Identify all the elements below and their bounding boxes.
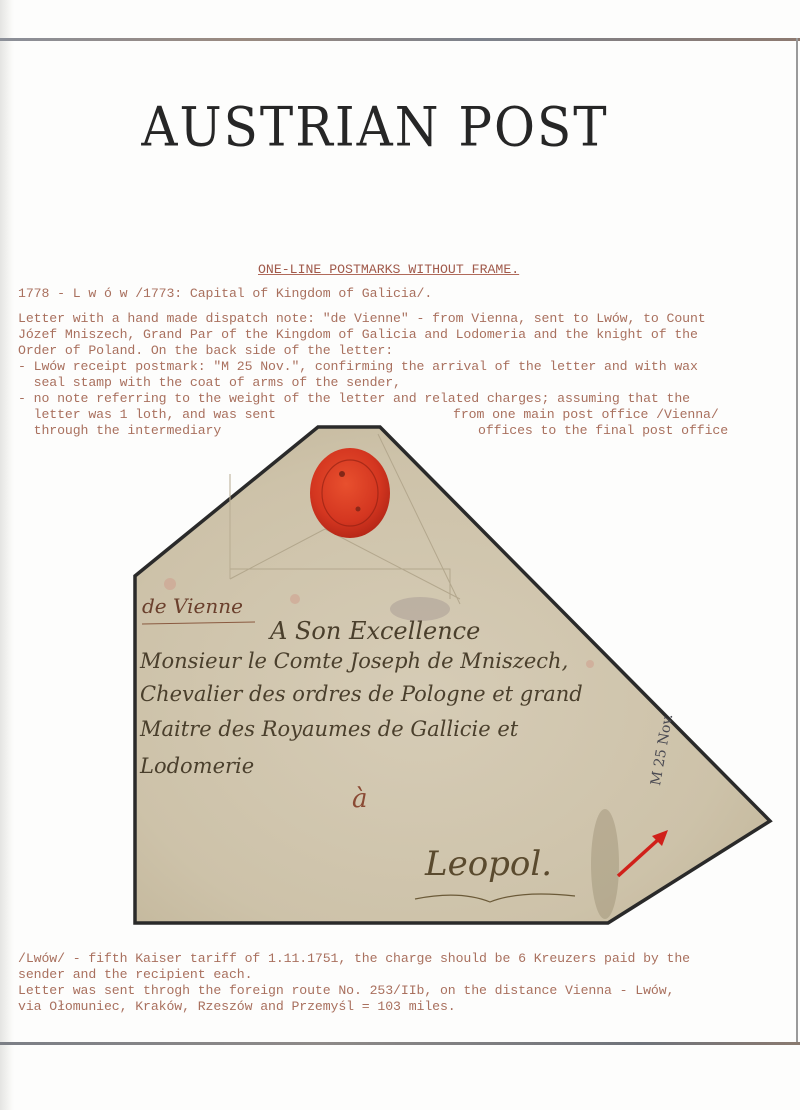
address-line-4: Maitre des Royaumes de Gallicie et [140,717,518,741]
footer-line-2: sender and the recipient each. [18,967,252,983]
page-title: AUSTRIAN POST [0,96,750,159]
footer-line-4: via Ołomuniec, Kraków, Rzeszów and Przem… [18,999,456,1015]
intro-line-6: - no note referring to the weight of the… [18,391,690,407]
top-border-line [0,38,800,41]
dispatch-note: de Vienne [142,594,243,618]
footer-line-3: Letter was sent throgh the foreign route… [18,983,674,999]
bottom-border-line [0,1042,800,1045]
address-line-1: A Son Excellence [270,617,480,645]
envelope-image: de Vienne A Son Excellence Monsieur le C… [130,424,780,929]
address-line-3: Chevalier des ordres de Pologne et grand [140,682,583,706]
intro-line-2: Józef Mniszech, Grand Par of the Kingdom… [18,327,698,343]
footer-line-1: /Lwów/ - fifth Kaiser tariff of 1.11.175… [18,951,690,967]
scan-edge-shadow [0,0,14,1110]
right-border-line [796,38,798,1043]
split-line-left-1: letter was 1 loth, and was sent [18,407,276,423]
section-heading: ONE-LINE POSTMARKS WITHOUT FRAME. [258,262,519,277]
destination: Leopol. [425,844,552,884]
intro-line-1: Letter with a hand made dispatch note: "… [18,311,706,327]
address-line-2: Monsieur le Comte Joseph de Mniszech, [140,649,568,673]
to-word: à [352,784,368,814]
subtitle: 1778 - L w ó w /1773: Capital of Kingdom… [18,286,432,302]
intro-line-5: seal stamp with the coat of arms of the … [18,375,401,391]
intro-line-3: Order of Poland. On the back side of the… [18,343,393,359]
intro-line-4: - Lwów receipt postmark: "M 25 Nov.", co… [18,359,698,375]
split-line-right-1: from one main post office /Vienna/ [453,407,719,423]
address-line-5: Lodomerie [140,754,254,778]
